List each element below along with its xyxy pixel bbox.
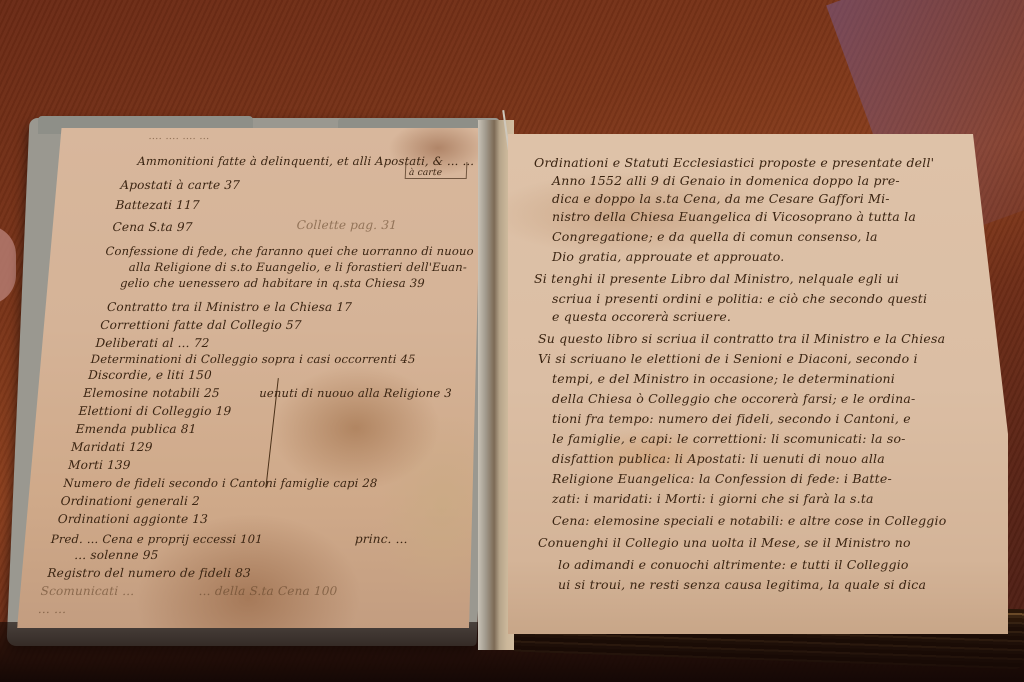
index-entry: Cena S.ta 97	[112, 220, 193, 234]
margin-box-text: à carte	[409, 166, 443, 180]
index-entry-faint: … …	[38, 602, 67, 616]
index-entry: Maridati 129	[71, 440, 153, 454]
index-entry-faint: Collette pag. 31	[296, 218, 397, 232]
text-line: le famiglie, e capi: le correttioni: li …	[552, 432, 906, 446]
index-note: princ. …	[355, 532, 409, 546]
index-entry: Correttioni fatte dal Collegio 57	[100, 318, 302, 332]
index-entry: alla Religione di s.to Euangelio, e li f…	[129, 260, 468, 274]
index-entry: Apostati à carte 37	[120, 178, 240, 192]
text-line: Anno 1552 alli 9 di Genaio in domenica d…	[552, 174, 900, 188]
text-line: lo adimandi e conuochi altrimente: e tut…	[558, 558, 909, 572]
index-entry: Determinationi di Colleggio sopra i casi…	[91, 352, 416, 366]
index-entry: Deliberati al … 72	[95, 336, 210, 350]
right-page-ordinances: Ordinationi e Statuti Ecclesiastici prop…	[508, 134, 1008, 634]
text-line: Si tenghi il presente Libro dal Ministro…	[534, 272, 899, 286]
text-line: dica e doppo la s.ta Cena, da me Cesare …	[552, 192, 890, 206]
index-entry: gelio che uenessero ad habitare in q.sta…	[120, 276, 425, 290]
text-line: Conuenghi il Collegio una uolta il Mese,…	[538, 536, 911, 550]
index-entry: … solenne 95	[74, 548, 159, 562]
text-line: Religione Euangelica: la Confession di f…	[552, 472, 892, 486]
faint-header: …. …. …. …	[148, 130, 210, 144]
index-entry: Contratto tra il Ministro e la Chiesa 17	[107, 300, 353, 314]
index-entry: Elettioni di Colleggio 19	[78, 404, 231, 418]
index-entry: Numero de fideli secondo i Cantoni famig…	[63, 476, 378, 490]
index-entry: Elemosine notabili 25	[83, 386, 220, 400]
text-line: Cena: elemosine speciali e notabili: e a…	[552, 514, 946, 528]
index-entry: Emenda publica 81	[75, 422, 196, 436]
index-entry: Pred. … Cena e proprij eccessi 101	[51, 532, 263, 546]
index-entry: Ordinationi generali 2	[60, 494, 200, 508]
text-line: della Chiesa ò Colleggio che occorerà fa…	[552, 392, 915, 406]
text-line: Ordinationi e Statuti Ecclesiastici prop…	[534, 156, 934, 170]
text-line: nistro della Chiesa Euangelica di Vicoso…	[552, 210, 916, 224]
text-line: disfattion publica: li Apostati: li uenu…	[552, 452, 885, 466]
index-entry: Battezati 117	[115, 198, 200, 212]
text-line: tioni fra tempo: numero dei fideli, seco…	[552, 412, 911, 426]
text-line: ui si troui, ne resti senza causa legiti…	[558, 578, 926, 592]
index-entry: Registro del numero de fideli 83	[47, 566, 251, 580]
index-entry: Confessione di fede, che faranno quei ch…	[105, 244, 474, 258]
index-entry: Discordie, e liti 150	[88, 368, 212, 382]
text-line: scriua i presenti ordini e politia: e ci…	[552, 292, 927, 306]
text-line: Su questo libro si scriua il contratto t…	[538, 332, 945, 346]
side-note: uenuti di nuouo alla Religione 3	[259, 386, 452, 400]
text-line: Congregatione; e da quella di comun cons…	[552, 230, 878, 244]
left-page-index: …. …. …. … Ammonitioni fatte à delinquen…	[17, 128, 491, 628]
text-line: zati: i maridati: i Morti: i giorni che …	[552, 492, 874, 506]
index-entry: Morti 139	[68, 458, 131, 472]
text-line: Vi si scriuano le elettioni de i Senioni…	[538, 352, 918, 366]
index-note-faint: … della S.ta Cena 100	[198, 584, 337, 598]
index-entry-faint: Scomunicati …	[40, 584, 134, 598]
index-entry: Ordinationi aggionte 13	[58, 512, 209, 526]
text-line: e questa occorerà scriuere.	[552, 310, 731, 324]
text-line: tempi, e del Ministro in occasione; le d…	[552, 372, 895, 386]
text-line: Dio gratia, approuate et approuato.	[552, 250, 784, 264]
